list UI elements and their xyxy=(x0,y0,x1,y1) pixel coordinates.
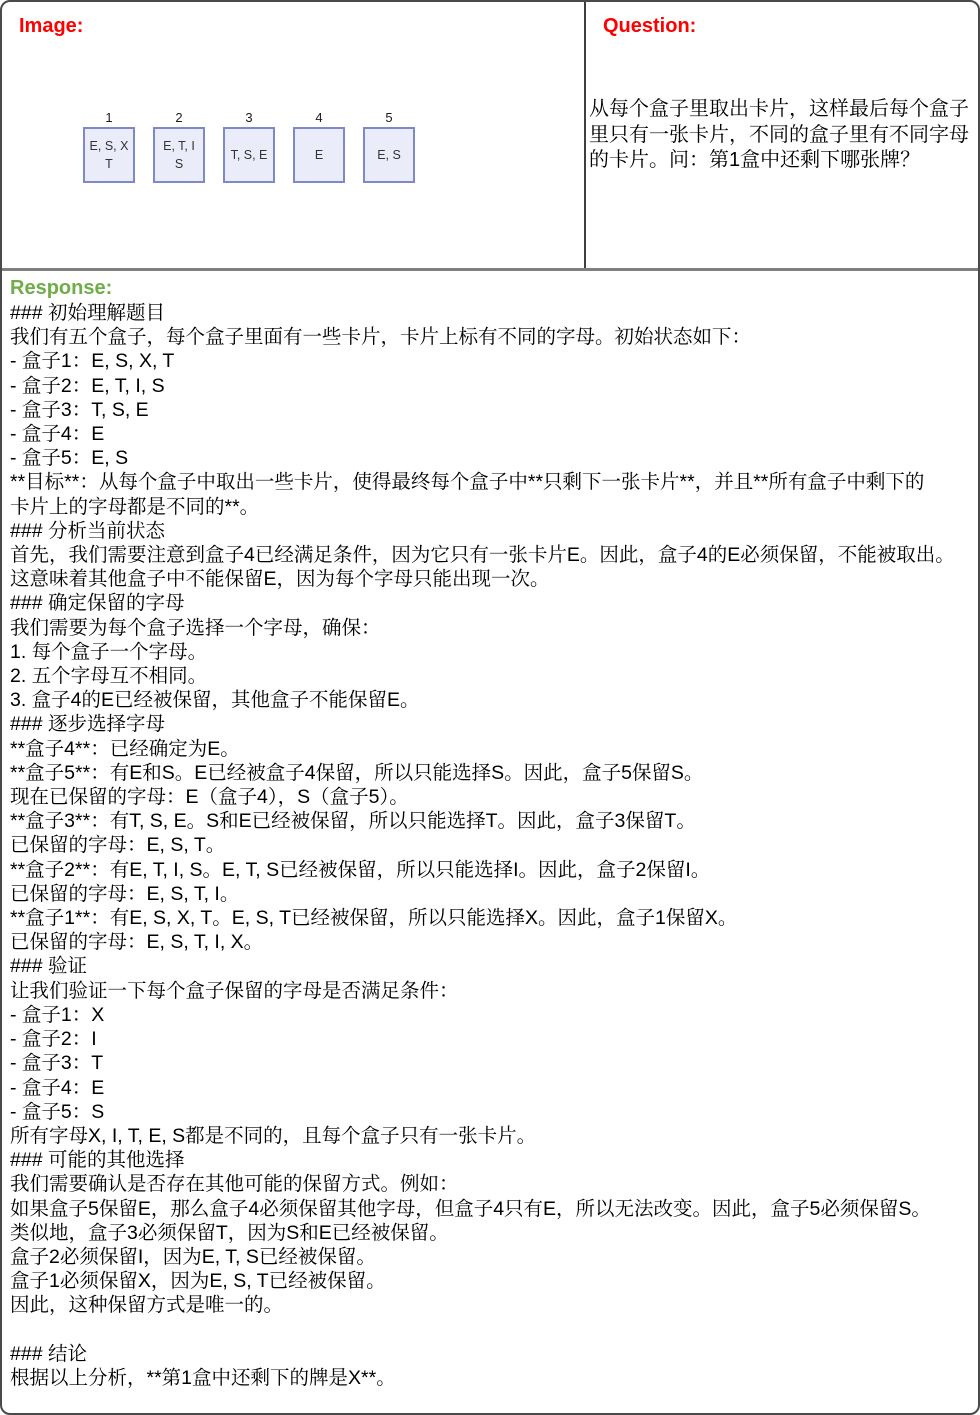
response-line: 让我们验证一下每个盒子保留的字母是否满足条件： xyxy=(10,979,970,1003)
response-line: 1. 每个盒子一个字母。 xyxy=(10,640,970,664)
box-number-label: 1 xyxy=(83,109,135,126)
question-line: 里只有一张卡片，不同的盒子里有不同字母 xyxy=(589,123,976,149)
card-box: 4 E xyxy=(293,109,345,183)
box-body: T, S, E xyxy=(223,127,275,183)
image-panel: Image: 1 E, S, X T 2 E, T, I xyxy=(2,2,586,268)
response-line: - 盒子5：E, S xyxy=(10,446,970,470)
response-line: - 盒子1：E, S, X, T xyxy=(10,349,970,373)
question-text: 从每个盒子里取出卡片，这样最后每个盒子 里只有一张卡片，不同的盒子里有不同字母 … xyxy=(589,97,976,174)
response-line: 因此，这种保留方式是唯一的。 xyxy=(10,1293,970,1317)
qa-sample-card: Image: 1 E, S, X T 2 E, T, I xyxy=(0,0,980,1415)
response-line: ### 验证 xyxy=(10,954,970,978)
response-line: ### 结论 xyxy=(10,1342,970,1366)
response-line: **盒子4**：已经确定为E。 xyxy=(10,737,970,761)
response-line: 已保留的字母：E, S, T。 xyxy=(10,833,970,857)
response-line: **目标**：从每个盒子中取出一些卡片，使得最终每个盒子中**只剩下一张卡片**… xyxy=(10,470,970,494)
response-line: 盒子1必须保留X，因为E, S, T已经被保留。 xyxy=(10,1269,970,1293)
response-line: - 盒子4：E xyxy=(10,422,970,446)
box-letters-line1: E, S, X xyxy=(90,137,129,155)
response-line: ### 可能的其他选择 xyxy=(10,1148,970,1172)
response-line: - 盒子1：X xyxy=(10,1003,970,1027)
response-line: - 盒子2：I xyxy=(10,1027,970,1051)
card-box: 1 E, S, X T xyxy=(83,109,135,183)
response-line: 我们有五个盒子，每个盒子里面有一些卡片，卡片上标有不同的字母。初始状态如下： xyxy=(10,325,970,349)
question-panel-header: Question: xyxy=(603,13,696,39)
box-letters-line1: E, T, I xyxy=(163,137,195,155)
response-line xyxy=(10,1318,970,1342)
response-line: 所有字母X, I, T, E, S都是不同的，且每个盒子只有一张卡片。 xyxy=(10,1124,970,1148)
response-line: 盒子2必须保留I，因为E, T, S已经被保留。 xyxy=(10,1245,970,1269)
box-body: E xyxy=(293,127,345,183)
question-line: 的卡片。问：第1盒中还剩下哪张牌？ xyxy=(589,148,976,174)
box-letters-line2: S xyxy=(175,155,183,173)
response-line: 根据以上分析，**第1盒中还剩下的牌是X**。 xyxy=(10,1366,970,1390)
response-line: 卡片上的字母都是不同的**。 xyxy=(10,495,970,519)
response-line: - 盒子2：E, T, I, S xyxy=(10,374,970,398)
response-line: 我们需要确认是否存在其他可能的保留方式。例如： xyxy=(10,1172,970,1196)
card-box: 5 E, S xyxy=(363,109,415,183)
response-line: ### 确定保留的字母 xyxy=(10,591,970,615)
box-number-label: 5 xyxy=(363,109,415,126)
response-line: 已保留的字母：E, S, T, I, X。 xyxy=(10,930,970,954)
response-text: ### 初始理解题目 我们有五个盒子，每个盒子里面有一些卡片，卡片上标有不同的字… xyxy=(10,301,970,1390)
response-line: 2. 五个字母互不相同。 xyxy=(10,664,970,688)
image-panel-header: Image: xyxy=(19,13,83,39)
box-body: E, T, I S xyxy=(153,127,205,183)
card-box: 3 T, S, E xyxy=(223,109,275,183)
box-number-label: 3 xyxy=(223,109,275,126)
response-line: - 盒子5：S xyxy=(10,1100,970,1124)
response-line: - 盒子4：E xyxy=(10,1076,970,1100)
response-line: 现在已保留的字母：E（盒子4），S（盒子5）。 xyxy=(10,785,970,809)
response-line: 已保留的字母：E, S, T, I。 xyxy=(10,882,970,906)
response-line: 3. 盒子4的E已经被保留，其他盒子不能保留E。 xyxy=(10,688,970,712)
box-letters-line1: T, S, E xyxy=(231,146,268,164)
response-line: **盒子2**：有E, T, I, S。E, T, S已经被保留，所以只能选择I… xyxy=(10,858,970,882)
response-line: **盒子5**：有E和S。E已经被盒子4保留，所以只能选择S。因此，盒子5保留S… xyxy=(10,761,970,785)
question-panel: Question: 从每个盒子里取出卡片，这样最后每个盒子 里只有一张卡片，不同… xyxy=(586,2,978,268)
response-line: 如果盒子5保留E，那么盒子4必须保留其他字母，但盒子4只有E，所以无法改变。因此… xyxy=(10,1197,970,1221)
card-box: 2 E, T, I S xyxy=(153,109,205,183)
response-line: 我们需要为每个盒子选择一个字母，确保： xyxy=(10,616,970,640)
response-panel: Response: ### 初始理解题目 我们有五个盒子，每个盒子里面有一些卡片… xyxy=(2,271,978,1413)
response-line: - 盒子3：T, S, E xyxy=(10,398,970,422)
box-letters-line1: E, S xyxy=(377,146,401,164)
response-panel-header: Response: xyxy=(10,275,970,301)
response-line: - 盒子3：T xyxy=(10,1051,970,1075)
response-line: **盒子3**：有T, S, E。S和E已经被保留，所以只能选择T。因此，盒子3… xyxy=(10,809,970,833)
box-body: E, S, X T xyxy=(83,127,135,183)
response-line: 首先，我们需要注意到盒子4已经满足条件，因为它只有一张卡片E。因此，盒子4的E必… xyxy=(10,543,970,567)
question-line: 从每个盒子里取出卡片，这样最后每个盒子 xyxy=(589,97,976,123)
response-line: ### 分析当前状态 xyxy=(10,519,970,543)
box-letters-line2: T xyxy=(105,155,113,173)
response-line: 类似地，盒子3必须保留T，因为S和E已经被保留。 xyxy=(10,1221,970,1245)
box-number-label: 2 xyxy=(153,109,205,126)
response-line: ### 逐步选择字母 xyxy=(10,712,970,736)
boxes-illustration: 1 E, S, X T 2 E, T, I S xyxy=(83,109,415,183)
top-row: Image: 1 E, S, X T 2 E, T, I xyxy=(2,2,978,271)
response-line: ### 初始理解题目 xyxy=(10,301,970,325)
box-body: E, S xyxy=(363,127,415,183)
box-number-label: 4 xyxy=(293,109,345,126)
response-line: 这意味着其他盒子中不能保留E，因为每个字母只能出现一次。 xyxy=(10,567,970,591)
response-line: **盒子1**：有E, S, X, T。E, S, T已经被保留，所以只能选择X… xyxy=(10,906,970,930)
box-letters-line1: E xyxy=(315,146,323,164)
